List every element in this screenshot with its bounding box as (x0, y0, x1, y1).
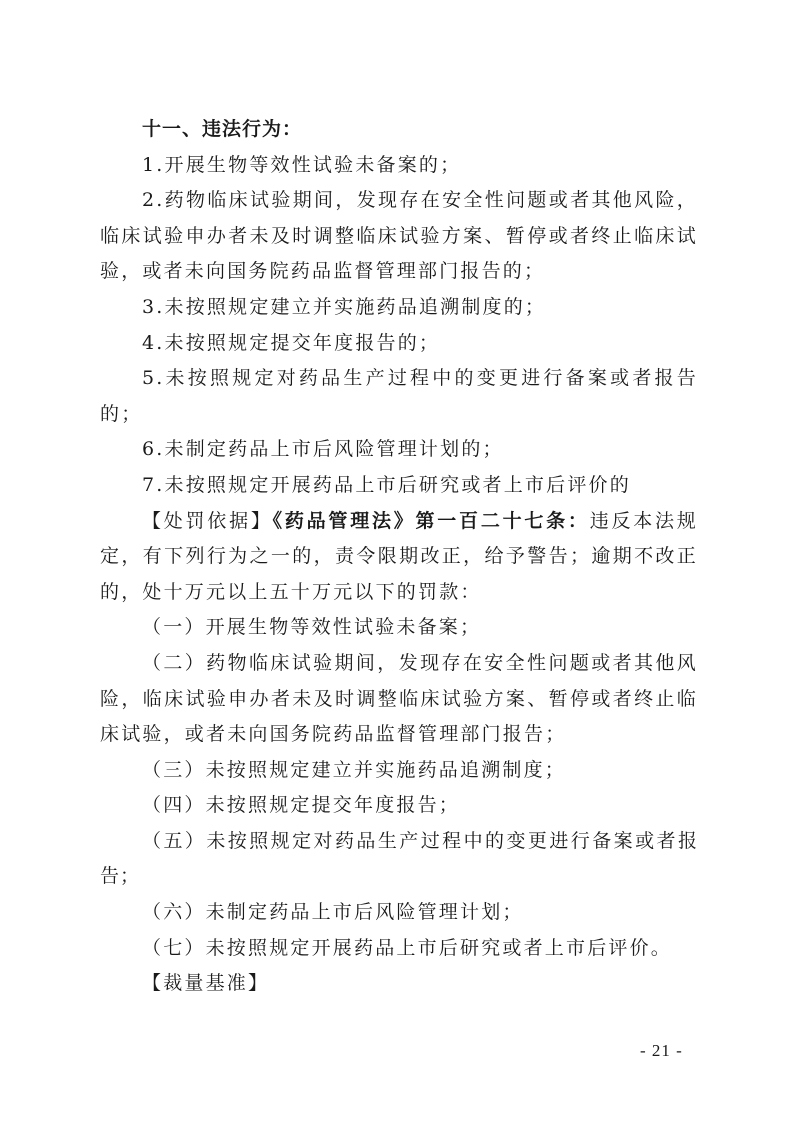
penalty-basis-paragraph: 【处罚依据】《药品管理法》第一百二十七条：违反本法规定，有下列行为之一的，责令限… (100, 504, 698, 611)
penalty-basis-label: 【处罚依据】 (142, 510, 273, 532)
penalty-item-4: （四）未按照规定提交年度报告； (100, 788, 698, 824)
violation-item-4: 4.未按照规定提交年度报告的； (100, 326, 698, 362)
penalty-item-6: （六）未制定药品上市后风险管理计划； (100, 895, 698, 931)
violation-item-5: 5.未按照规定对药品生产过程中的变更进行备案或者报告的； (100, 361, 698, 432)
violation-item-7: 7.未按照规定开展药品上市后研究或者上市后评价的 (100, 468, 698, 504)
penalty-item-5: （五）未按照规定对药品生产过程中的变更进行备案或者报告； (100, 824, 698, 895)
violation-item-3: 3.未按照规定建立并实施药品追溯制度的； (100, 290, 698, 326)
law-reference: 《药品管理法》第一百二十七条： (273, 510, 590, 532)
violation-item-1: 1.开展生物等效性试验未备案的； (100, 148, 698, 184)
penalty-item-2: （二）药物临床试验期间，发现存在安全性问题或者其他风险，临床试验申办者未及时调整… (100, 646, 698, 753)
violation-item-2: 2.药物临床试验期间，发现存在安全性问题或者其他风险，临床试验申办者未及时调整临… (100, 183, 698, 290)
section-heading: 十一、违法行为： (100, 112, 698, 148)
penalty-item-1: （一）开展生物等效性试验未备案； (100, 610, 698, 646)
violation-item-6: 6.未制定药品上市后风险管理计划的； (100, 432, 698, 468)
discretion-standard-label: 【裁量基准】 (100, 966, 698, 1002)
penalty-item-7: （七）未按照规定开展药品上市后研究或者上市后评价。 (100, 931, 698, 967)
document-page: 十一、违法行为： 1.开展生物等效性试验未备案的； 2.药物临床试验期间，发现存… (100, 112, 698, 1002)
page-number: - 21 - (640, 1041, 683, 1061)
penalty-item-3: （三）未按照规定建立并实施药品追溯制度； (100, 753, 698, 789)
